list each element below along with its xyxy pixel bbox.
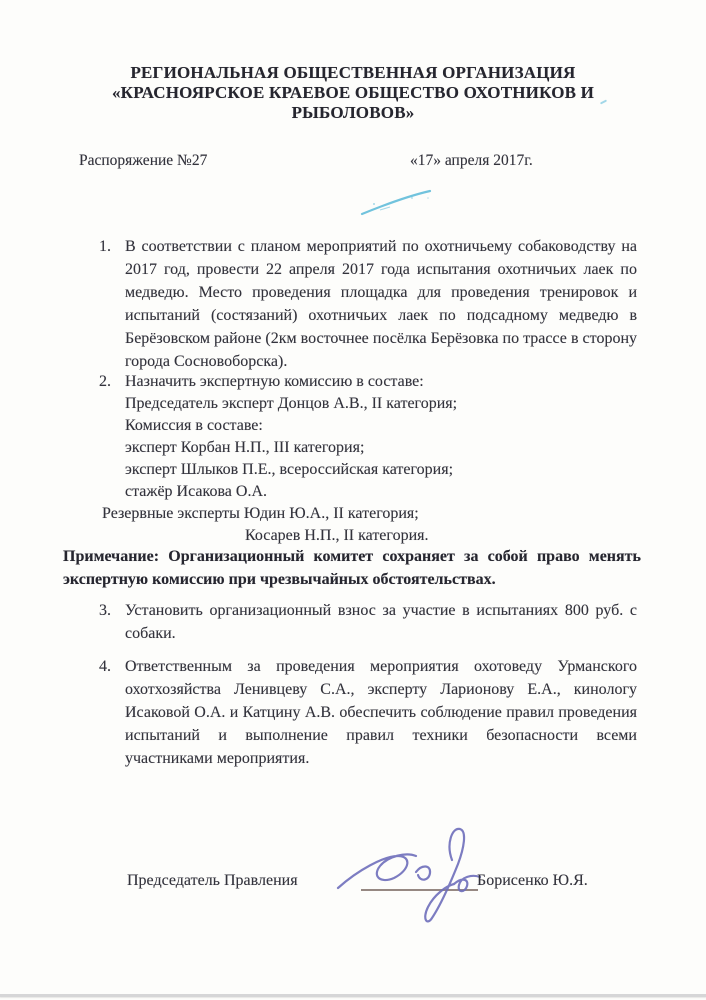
- organization-title-line3: РЫБОЛОВОВ»: [60, 103, 646, 123]
- item-2-number: 2.: [99, 371, 111, 393]
- list-item-2: 2. Назначить экспертную комиссию в соста…: [99, 371, 661, 547]
- reserve-experts-line-1: Резервные эксперты Юдин Ю.А., II категор…: [102, 503, 661, 525]
- item-1-number: 1.: [99, 235, 111, 258]
- note-paragraph: Примечание: Организационный комитет сохр…: [63, 545, 641, 591]
- reserve-experts-line-2: Косарев Н.П., II категория.: [245, 525, 661, 547]
- list-item-1: 1. В соответствии с планом мероприятий п…: [99, 235, 637, 373]
- commission-expert-line-2: эксперт Шлыков П.Е., всероссийская катег…: [125, 459, 661, 481]
- signature-handwriting: [332, 822, 490, 934]
- order-date: «17» апреля 2017г.: [410, 152, 533, 170]
- item-3-text: Установить организационный взнос за учас…: [125, 599, 637, 645]
- order-number: Распоряжение №27: [79, 152, 207, 170]
- organization-title: РЕГИОНАЛЬНАЯ ОБЩЕСТВЕННАЯ ОРГАНИЗАЦИЯ «К…: [60, 63, 646, 123]
- commission-trainee-line: стажёр Исакова О.А.: [125, 481, 661, 503]
- list-item-3: 3. Установить организационный взнос за у…: [99, 599, 637, 645]
- pen-mark: [350, 186, 442, 220]
- item-1-text: В соответствии с планом мероприятий по о…: [125, 235, 637, 373]
- commission-header-line: Комиссия в составе:: [125, 415, 661, 437]
- organization-title-line1: РЕГИОНАЛЬНАЯ ОБЩЕСТВЕННАЯ ОРГАНИЗАЦИЯ: [60, 63, 646, 83]
- organization-title-line2: «КРАСНОЯРСКОЕ КРАЕВОЕ ОБЩЕСТВО ОХОТНИКОВ…: [60, 83, 646, 103]
- item-4-number: 4.: [99, 655, 111, 678]
- item-2-intro: Назначить экспертную комиссию в составе:: [125, 371, 661, 393]
- list-item-4: 4. Ответственным за проведения мероприят…: [99, 655, 637, 770]
- signer-name: Борисенко Ю.Я.: [477, 872, 588, 890]
- scanned-document-page: РЕГИОНАЛЬНАЯ ОБЩЕСТВЕННАЯ ОРГАНИЗАЦИЯ «К…: [0, 0, 706, 1000]
- scan-edge: [0, 994, 706, 997]
- commission-expert-line-1: эксперт Корбан Н.П., III категория;: [125, 437, 661, 459]
- signer-role-label: Председатель Правления: [127, 872, 298, 890]
- commission-chair-line: Председатель эксперт Донцов А.В., II кат…: [125, 393, 661, 415]
- item-3-number: 3.: [99, 599, 111, 622]
- item-4-text: Ответственным за проведения мероприятия …: [125, 655, 637, 770]
